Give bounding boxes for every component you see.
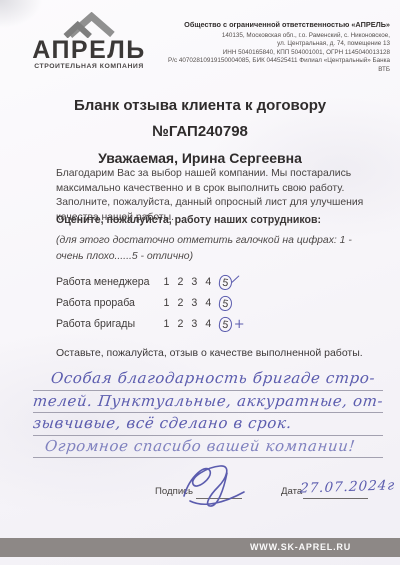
company-tagline: СТРОИТЕЛЬНАЯ КОМПАНИЯ xyxy=(28,63,150,70)
website-url: WWW.SK-APREL.RU xyxy=(250,542,351,552)
company-bank-line: Р/с 40702810919150004085, БИК 044525411 … xyxy=(160,57,390,74)
rating-digit-selected[interactable]: 5 xyxy=(218,274,233,291)
rating-row-foreman: Работа прораба 1 2 3 4 5 xyxy=(56,295,245,316)
handwritten-text: Особая благодарность бригаде стро- xyxy=(50,368,376,389)
company-logo: АПРЕЛЬ СТРОИТЕЛЬНАЯ КОМПАНИЯ xyxy=(28,12,150,70)
handwritten-text: Огромное спасибо вашей компании! xyxy=(44,436,356,457)
rating-digit[interactable]: 4 xyxy=(203,276,214,288)
rating-digit[interactable]: 2 xyxy=(175,276,186,288)
company-details: Общество с ограниченной ответственностью… xyxy=(160,21,390,75)
rating-label: Работа бригады xyxy=(56,318,158,330)
ratings-section: Работа менеджера 1 2 3 4 5 Работа прораб… xyxy=(56,274,245,337)
rate-hint: (для этого достаточно отметить галочкой … xyxy=(56,233,356,264)
date-field[interactable] xyxy=(303,498,368,499)
rating-digit[interactable]: 3 xyxy=(189,297,200,309)
rating-digit-selected[interactable]: 5 xyxy=(218,316,233,333)
rate-heading: Оцените, пожалуйста, работу наших сотруд… xyxy=(56,214,321,226)
rating-digit[interactable]: 3 xyxy=(189,276,200,288)
review-line[interactable]: Особая благодарность бригаде стро- xyxy=(33,368,383,391)
handwritten-plus: + xyxy=(234,317,245,332)
signature-scribble xyxy=(178,460,252,510)
review-line[interactable]: Огромное спасибо вашей компании! xyxy=(33,436,383,459)
rating-digit[interactable]: 1 xyxy=(161,297,172,309)
review-prompt: Оставьте, пожалуйста, отзыв о качестве в… xyxy=(56,347,363,359)
handwritten-text: телей. Пунктуальные, аккуратные, от- xyxy=(32,391,384,412)
rating-digit[interactable]: 1 xyxy=(161,276,172,288)
contract-number: №ГАП240798 xyxy=(0,119,400,145)
rating-label: Работа менеджера xyxy=(56,276,158,288)
form-title: Бланк отзыва клиента к договору xyxy=(0,93,400,119)
handwritten-text: зывчивые, всё сделано в срок. xyxy=(32,413,293,434)
rating-digit[interactable]: 4 xyxy=(203,318,214,330)
rating-digit[interactable]: 4 xyxy=(203,297,214,309)
rating-digit[interactable]: 1 xyxy=(161,318,172,330)
review-line[interactable]: телей. Пунктуальные, аккуратные, от- xyxy=(33,391,383,414)
handwritten-date: 27.07.2024г xyxy=(299,477,395,496)
rating-digit[interactable]: 3 xyxy=(189,318,200,330)
footer-bar: WWW.SK-APREL.RU xyxy=(0,538,400,557)
company-address-line: 140135, Московская обл., г.о. Раменский,… xyxy=(160,32,390,41)
rating-label: Работа прораба xyxy=(56,297,158,309)
handwritten-review: Особая благодарность бригаде стро- телей… xyxy=(33,368,383,458)
rating-row-crew: Работа бригады 1 2 3 4 5+ xyxy=(56,316,245,337)
review-line[interactable]: зывчивые, всё сделано в срок. xyxy=(33,413,383,436)
company-legal-name: Общество с ограниченной ответственностью… xyxy=(160,21,390,30)
rating-digit[interactable]: 2 xyxy=(175,297,186,309)
company-address-line: ул. Центральная, д. 74, помещение 13 xyxy=(160,40,390,49)
form-title-block: Бланк отзыва клиента к договору №ГАП2407… xyxy=(0,93,400,171)
rating-digit[interactable]: 2 xyxy=(175,318,186,330)
rating-row-manager: Работа менеджера 1 2 3 4 5 xyxy=(56,274,245,295)
rating-digit-selected[interactable]: 5 xyxy=(218,295,233,312)
roof-icon xyxy=(63,12,115,38)
company-name: АПРЕЛЬ xyxy=(28,38,150,62)
